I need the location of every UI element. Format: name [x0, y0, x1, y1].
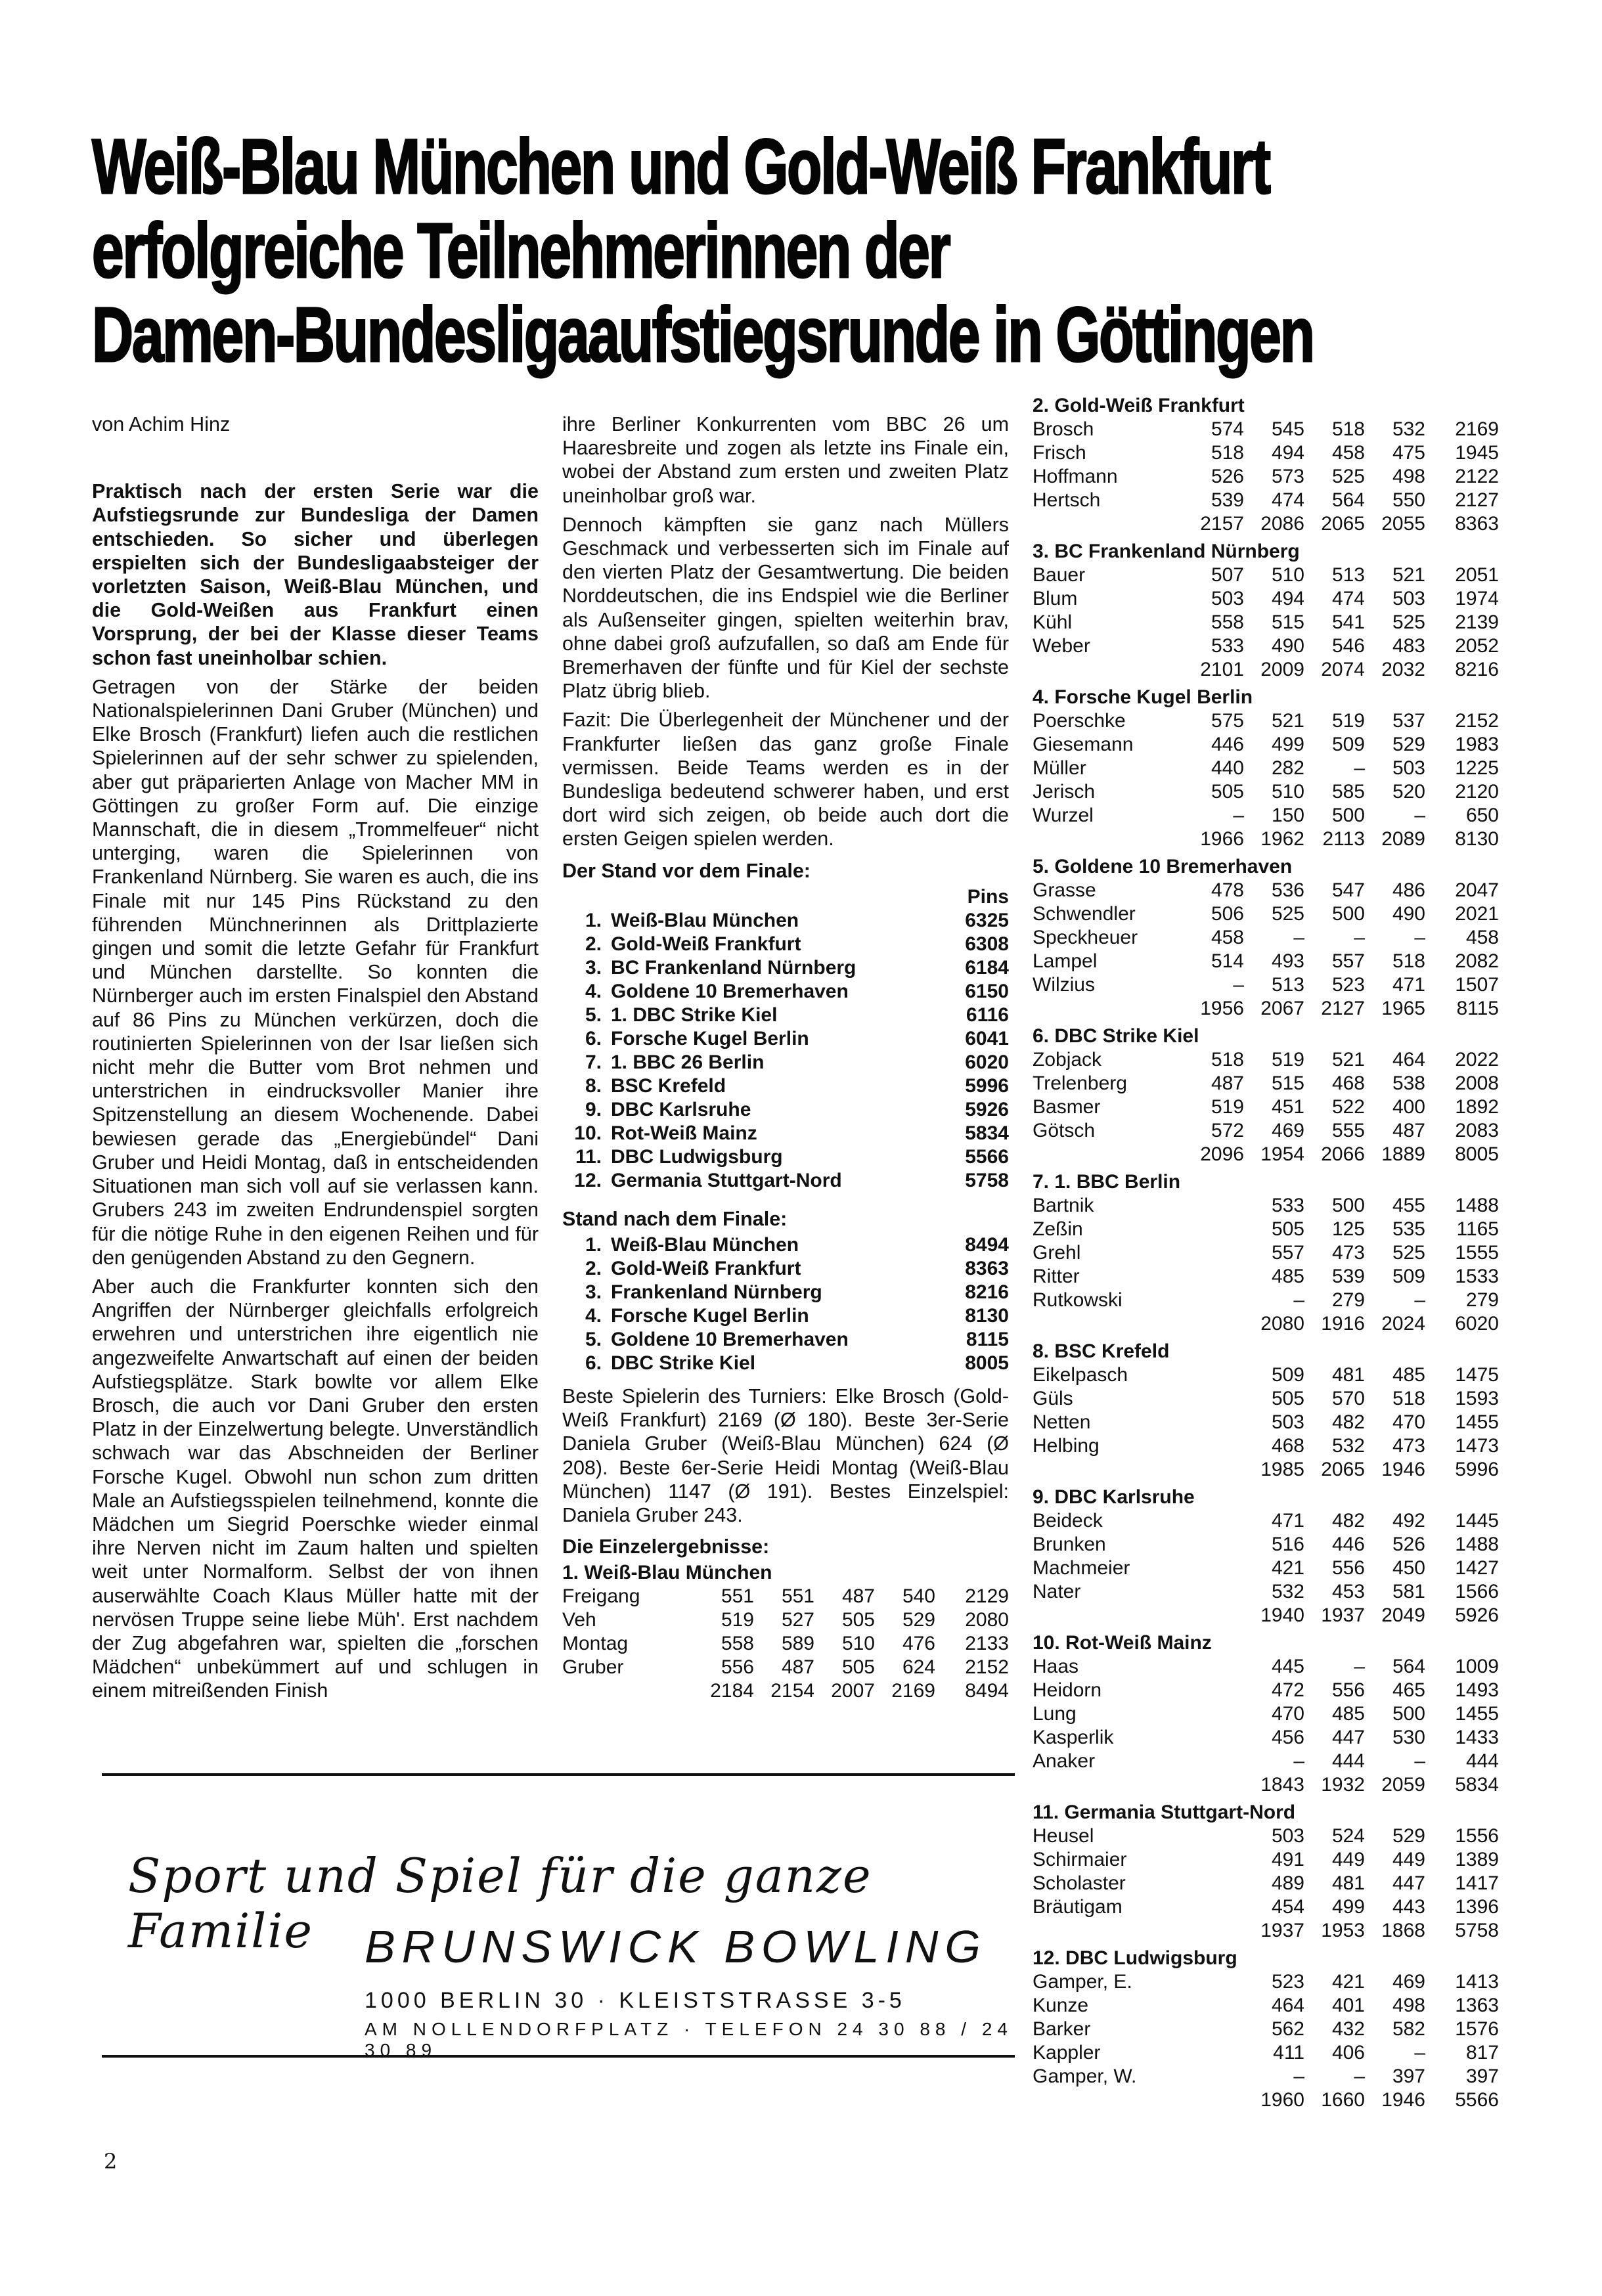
- game-score: 458: [1304, 441, 1365, 465]
- standings-rank: 8.: [562, 1074, 611, 1098]
- results-column-2: 1. Weiß-Blau MünchenFreigang551551487540…: [562, 1561, 1009, 1703]
- game-score: 539: [1304, 1265, 1365, 1289]
- player-row: Bartnik5335004551488: [1033, 1194, 1499, 1218]
- game-score: 530: [1365, 1726, 1425, 1750]
- player-row: Bauer5075105135212051: [1033, 563, 1499, 587]
- player-row: Lampel5144935575182082: [1033, 950, 1499, 973]
- series-total: 2059: [1365, 1773, 1425, 1797]
- standings-pins: 6116: [930, 1004, 1009, 1027]
- series-total: [1184, 1458, 1244, 1482]
- player-name: Kühl: [1033, 611, 1184, 634]
- player-name: Eikelpasch: [1033, 1363, 1184, 1387]
- game-score: 523: [1244, 1970, 1304, 1994]
- player-total: 2169: [1425, 418, 1499, 441]
- team-grand-total: 8115: [1425, 997, 1499, 1021]
- game-score: –: [1184, 804, 1244, 828]
- standings-rank: 6.: [562, 1027, 611, 1051]
- game-score: 478: [1184, 879, 1244, 902]
- standings-row: 2.Gold-Weiß Frankfurt6308: [562, 933, 1009, 956]
- game-score: 468: [1304, 1072, 1365, 1095]
- standings-rank: 9.: [562, 1098, 611, 1122]
- player-name: Grehl: [1033, 1241, 1184, 1265]
- game-score: 524: [1304, 1824, 1365, 1848]
- game-score: 518: [1365, 1387, 1425, 1411]
- team-grand-total: 5758: [1425, 1919, 1499, 1943]
- team-grand-total: 6020: [1425, 1312, 1499, 1336]
- game-score: 519: [1304, 709, 1365, 733]
- player-total: 1493: [1425, 1679, 1499, 1702]
- team-result-block: 10. Rot-Weiß MainzHaas445–5641009Heidorn…: [1033, 1631, 1499, 1797]
- team-title: 9. DBC Karlsruhe: [1033, 1486, 1499, 1509]
- player-name: Anaker: [1033, 1750, 1184, 1773]
- player-row: Brunken5164465261488: [1033, 1533, 1499, 1556]
- player-name: Heidorn: [1033, 1679, 1184, 1702]
- game-score: 494: [1244, 587, 1304, 611]
- player-row: Hertsch5394745645502127: [1033, 489, 1499, 512]
- article-column-1: von Achim Hinz Praktisch nach der ersten…: [92, 412, 539, 1708]
- game-score: 564: [1365, 1655, 1425, 1679]
- player-total: 2129: [935, 1585, 1009, 1608]
- game-score: –: [1365, 1750, 1425, 1773]
- game-score: 505: [814, 1608, 875, 1632]
- game-score: 518: [1304, 418, 1365, 441]
- brunswick-advertisement: Sport und Spiel für die ganze Familie BR…: [102, 1773, 1015, 2058]
- game-score: 440: [1184, 757, 1244, 780]
- player-name: Helbing: [1033, 1434, 1184, 1458]
- player-row: Götsch5724695554872083: [1033, 1119, 1499, 1143]
- game-score: 500: [1365, 1702, 1425, 1726]
- game-score: 570: [1304, 1387, 1365, 1411]
- game-score: 449: [1304, 1848, 1365, 1872]
- game-score: 486: [1365, 879, 1425, 902]
- team-totals-row: 21572086206520558363: [1033, 512, 1499, 536]
- team-grand-total: 5566: [1425, 2088, 1499, 2112]
- player-total: 1473: [1425, 1434, 1499, 1458]
- series-total: 1660: [1304, 2088, 1365, 2112]
- player-name: Lampel: [1033, 950, 1184, 973]
- series-total: 2065: [1304, 1458, 1365, 1482]
- pins-header: Pins: [930, 885, 1009, 909]
- standings-rank: 7.: [562, 1051, 611, 1074]
- team-totals-row: 2080191620246020: [1033, 1312, 1499, 1336]
- standings-row: 4.Forsche Kugel Berlin8130: [562, 1304, 1009, 1328]
- game-score: 453: [1304, 1580, 1365, 1604]
- game-score: 510: [814, 1632, 875, 1656]
- standings-team: Rot-Weiß Mainz: [611, 1122, 930, 1145]
- game-score: 532: [1244, 1580, 1304, 1604]
- player-row: Basmer5194515224001892: [1033, 1095, 1499, 1119]
- player-row: Heusel5035245291556: [1033, 1824, 1499, 1848]
- team-title: 6. DBC Strike Kiel: [1033, 1025, 1499, 1048]
- team-grand-total: 8130: [1425, 828, 1499, 851]
- game-score: 536: [1244, 879, 1304, 902]
- player-name: Montag: [562, 1632, 694, 1656]
- player-row: Weber5334905464832052: [1033, 634, 1499, 658]
- player-total: 1427: [1425, 1556, 1499, 1580]
- player-row: Anaker–444–444: [1033, 1750, 1499, 1773]
- team-totals-row: 1937195318685758: [1033, 1919, 1499, 1943]
- series-total: 1960: [1244, 2088, 1304, 2112]
- game-score: 483: [1365, 634, 1425, 658]
- player-row: Zeßin5051255351165: [1033, 1218, 1499, 1241]
- series-total: 2065: [1304, 512, 1365, 536]
- series-total: 2184: [694, 1679, 754, 1703]
- game-score: [1184, 1655, 1244, 1679]
- player-total: 1974: [1425, 587, 1499, 611]
- player-total: 1566: [1425, 1580, 1499, 1604]
- player-total: 1945: [1425, 441, 1499, 465]
- series-total: 2089: [1365, 828, 1425, 851]
- standings-pins: 8363: [930, 1257, 1009, 1281]
- game-score: [1184, 1994, 1244, 2018]
- player-name: Schwendler: [1033, 902, 1184, 926]
- game-score: 411: [1244, 2041, 1304, 2065]
- standings-rank: 4.: [562, 980, 611, 1004]
- standings-rank: 5.: [562, 1004, 611, 1027]
- player-row: Rutkowski–279–279: [1033, 1289, 1499, 1312]
- game-score: 449: [1365, 1848, 1425, 1872]
- game-score: 558: [1184, 611, 1244, 634]
- game-score: 519: [1184, 1095, 1244, 1119]
- standings-row: 3.Frankenland Nürnberg8216: [562, 1281, 1009, 1304]
- game-score: –: [1365, 2041, 1425, 2065]
- standings-rank: 10.: [562, 1122, 611, 1145]
- game-score: 505: [1244, 1387, 1304, 1411]
- article-column-2: ihre Berliner Konkurrenten vom BBC 26 um…: [562, 412, 1009, 1707]
- game-score: [1184, 1970, 1244, 1994]
- game-score: 582: [1365, 2018, 1425, 2041]
- game-score: –: [1244, 926, 1304, 950]
- standings-pins: 5834: [930, 1122, 1009, 1145]
- game-score: 472: [1244, 1679, 1304, 1702]
- series-total: 2032: [1365, 658, 1425, 682]
- game-score: [1184, 1750, 1244, 1773]
- player-total: 650: [1425, 804, 1499, 828]
- player-name: Müller: [1033, 757, 1184, 780]
- game-score: 526: [1184, 465, 1244, 489]
- title-line-1: Weiß-Blau München und Gold-Weiß Frankfur…: [92, 125, 1161, 209]
- standings-team: BSC Krefeld: [611, 1074, 930, 1098]
- player-total: 2008: [1425, 1072, 1499, 1095]
- team-result-block: 4. Forsche Kugel BerlinPoerschke57552151…: [1033, 686, 1499, 851]
- series-total: 2066: [1304, 1143, 1365, 1166]
- player-name: Schirmaier: [1033, 1848, 1184, 1872]
- standings-rank: 4.: [562, 1304, 611, 1328]
- team-title: 3. BC Frankenland Nürnberg: [1033, 540, 1499, 563]
- game-score: 455: [1365, 1194, 1425, 1218]
- standings-team: Forsche Kugel Berlin: [611, 1304, 930, 1328]
- player-total: 2080: [935, 1608, 1009, 1632]
- game-score: 499: [1244, 733, 1304, 757]
- game-score: 491: [1244, 1848, 1304, 1872]
- game-score: 518: [1184, 1048, 1244, 1072]
- game-score: 473: [1365, 1434, 1425, 1458]
- standings-pins: 6325: [930, 909, 1009, 933]
- game-score: 538: [1365, 1072, 1425, 1095]
- series-total: [1184, 1312, 1244, 1336]
- player-row: Wilzius–5135234711507: [1033, 973, 1499, 997]
- game-score: 499: [1304, 1895, 1365, 1919]
- series-total: 2049: [1365, 1604, 1425, 1627]
- player-name: Giesemann: [1033, 733, 1184, 757]
- standings-rank: 11.: [562, 1145, 611, 1169]
- player-row: Blum5034944745031974: [1033, 587, 1499, 611]
- player-name: Hertsch: [1033, 489, 1184, 512]
- player-name: Barker: [1033, 2018, 1184, 2041]
- game-score: 572: [1184, 1119, 1244, 1143]
- player-total: 279: [1425, 1289, 1499, 1312]
- player-total: 1983: [1425, 733, 1499, 757]
- ad-address-line-1: 1000 BERLIN 30 · KLEISTSTRASSE 3-5: [365, 1988, 906, 2014]
- game-score: 533: [1184, 634, 1244, 658]
- player-row: Hoffmann5265735254982122: [1033, 465, 1499, 489]
- best-players-paragraph: Beste Spielerin des Turniers: Elke Brosc…: [562, 1384, 1009, 1527]
- player-row: Speckheuer458–––458: [1033, 926, 1499, 950]
- game-score: 527: [754, 1608, 814, 1632]
- series-total: 2169: [875, 1679, 935, 1703]
- game-score: [1184, 1556, 1244, 1580]
- series-total: 2096: [1184, 1143, 1244, 1166]
- series-total: 2024: [1365, 1312, 1425, 1336]
- game-score: 485: [1304, 1702, 1365, 1726]
- player-row: Kühl5585155415252139: [1033, 611, 1499, 634]
- game-score: 482: [1304, 1509, 1365, 1533]
- game-score: [1184, 1702, 1244, 1726]
- body-paragraph: ihre Berliner Konkurrenten vom BBC 26 um…: [562, 412, 1009, 508]
- team-results-table: Zobjack5185195214642022Trelenberg4875154…: [1033, 1048, 1499, 1166]
- game-score: 456: [1244, 1726, 1304, 1750]
- game-score: 518: [1184, 441, 1244, 465]
- standings-row: 5.Goldene 10 Bremerhaven8115: [562, 1328, 1009, 1352]
- game-score: 509: [1244, 1363, 1304, 1387]
- standings-pins: 5566: [930, 1145, 1009, 1169]
- player-name: Ritter: [1033, 1265, 1184, 1289]
- game-score: 482: [1304, 1411, 1365, 1434]
- game-score: –: [1244, 1750, 1304, 1773]
- game-score: –: [1365, 926, 1425, 950]
- player-total: 397: [1425, 2065, 1499, 2088]
- game-score: 557: [1304, 950, 1365, 973]
- standings-rank: 2.: [562, 1257, 611, 1281]
- game-score: 589: [754, 1632, 814, 1656]
- player-row: Trelenberg4875154685382008: [1033, 1072, 1499, 1095]
- standings-pins: 8216: [930, 1281, 1009, 1304]
- game-score: 509: [1304, 733, 1365, 757]
- game-score: 503: [1244, 1411, 1304, 1434]
- player-name: Gruber: [562, 1656, 694, 1679]
- game-score: 470: [1365, 1411, 1425, 1434]
- series-total: 2113: [1304, 828, 1365, 851]
- player-row: Helbing4685324731473: [1033, 1434, 1499, 1458]
- player-total: 2082: [1425, 950, 1499, 973]
- player-total: 2021: [1425, 902, 1499, 926]
- standings-row: 8.BSC Krefeld5996: [562, 1074, 1009, 1098]
- team-totals-row: 21012009207420328216: [1033, 658, 1499, 682]
- series-total: 2074: [1304, 658, 1365, 682]
- player-row: Machmeier4215564501427: [1033, 1556, 1499, 1580]
- team-title: 7. 1. BBC Berlin: [1033, 1170, 1499, 1194]
- series-total: 2009: [1244, 658, 1304, 682]
- game-score: [1184, 1434, 1244, 1458]
- player-name: Wilzius: [1033, 973, 1184, 997]
- team-totals-row: 1843193220595834: [1033, 1773, 1499, 1797]
- standings-row: 5.1. DBC Strike Kiel6116: [562, 1004, 1009, 1027]
- game-score: 515: [1244, 611, 1304, 634]
- game-score: 473: [1304, 1241, 1365, 1265]
- series-total: [1184, 1773, 1244, 1797]
- game-score: 574: [1184, 418, 1244, 441]
- game-score: [1184, 1848, 1244, 1872]
- game-score: 487: [814, 1585, 875, 1608]
- player-total: 1892: [1425, 1095, 1499, 1119]
- player-name: Brunken: [1033, 1533, 1184, 1556]
- team-result-block: 11. Germania Stuttgart-NordHeusel5035245…: [1033, 1801, 1499, 1943]
- player-row: Lung4704855001455: [1033, 1702, 1499, 1726]
- game-score: 282: [1244, 757, 1304, 780]
- team-result-block: 8. BSC KrefeldEikelpasch5094814851475Gül…: [1033, 1340, 1499, 1482]
- game-score: 490: [1244, 634, 1304, 658]
- standings-team: 1. DBC Strike Kiel: [611, 1004, 930, 1027]
- game-score: 503: [1365, 757, 1425, 780]
- team-totals-row: 19562067212719658115: [1033, 997, 1499, 1021]
- standings-pins: 8115: [930, 1328, 1009, 1352]
- series-total: 2007: [814, 1679, 875, 1703]
- game-score: [1184, 1872, 1244, 1895]
- team-title: 1. Weiß-Blau München: [562, 1561, 1009, 1585]
- player-name: Scholaster: [1033, 1872, 1184, 1895]
- player-row: Giesemann4464995095291983: [1033, 733, 1499, 757]
- player-name: Bräutigam: [1033, 1895, 1184, 1919]
- standings-pins: 8130: [930, 1304, 1009, 1328]
- series-total: [1184, 1919, 1244, 1943]
- game-score: –: [1304, 757, 1365, 780]
- player-total: 1455: [1425, 1411, 1499, 1434]
- player-row: Gamper, E.5234214691413: [1033, 1970, 1499, 1994]
- team-totals-row: 1940193720495926: [1033, 1604, 1499, 1627]
- game-score: 564: [1304, 489, 1365, 512]
- game-score: –: [1244, 2065, 1304, 2088]
- team-grand-total: 8005: [1425, 1143, 1499, 1166]
- game-score: 401: [1304, 1994, 1365, 2018]
- game-score: 515: [1244, 1072, 1304, 1095]
- series-total: 2055: [1365, 512, 1425, 536]
- player-total: 1433: [1425, 1726, 1499, 1750]
- game-score: 529: [1365, 1824, 1425, 1848]
- player-row: Schwendler5065255004902021: [1033, 902, 1499, 926]
- standings-team: DBC Ludwigsburg: [611, 1145, 930, 1169]
- game-score: 525: [1365, 1241, 1425, 1265]
- player-total: 1507: [1425, 973, 1499, 997]
- team-grand-total: 8494: [935, 1679, 1009, 1703]
- team-title: 2. Gold-Weiß Frankfurt: [1033, 394, 1499, 418]
- player-row: Heidorn4725564651493: [1033, 1679, 1499, 1702]
- game-score: 492: [1365, 1509, 1425, 1533]
- game-score: [1184, 1363, 1244, 1387]
- player-name: Nater: [1033, 1580, 1184, 1604]
- game-score: [1184, 1726, 1244, 1750]
- team-results-table: Gamper, E.5234214691413Kunze464401498136…: [1033, 1970, 1499, 2112]
- game-score: 526: [1365, 1533, 1425, 1556]
- game-score: 450: [1365, 1556, 1425, 1580]
- game-score: 471: [1244, 1509, 1304, 1533]
- player-row: Netten5034824701455: [1033, 1411, 1499, 1434]
- standings-team: Gold-Weiß Frankfurt: [611, 1257, 930, 1281]
- standings-row: 10.Rot-Weiß Mainz5834: [562, 1122, 1009, 1145]
- standings-row: 6.DBC Strike Kiel8005: [562, 1352, 1009, 1375]
- player-name: Jerisch: [1033, 780, 1184, 804]
- game-score: –: [1244, 1289, 1304, 1312]
- game-score: 400: [1365, 1095, 1425, 1119]
- game-score: 125: [1304, 1218, 1365, 1241]
- game-score: 469: [1244, 1119, 1304, 1143]
- player-name: Veh: [562, 1608, 694, 1632]
- player-total: 817: [1425, 2041, 1499, 2065]
- game-score: 451: [1244, 1095, 1304, 1119]
- standings-after-heading: Stand nach dem Finale:: [562, 1207, 1009, 1231]
- game-score: 521: [1244, 709, 1304, 733]
- game-score: 519: [694, 1608, 754, 1632]
- player-name: Bauer: [1033, 563, 1184, 587]
- game-score: –: [1304, 2065, 1365, 2088]
- game-score: 520: [1365, 780, 1425, 804]
- team-totals-row: 21842154200721698494: [562, 1679, 1009, 1703]
- team-results-table: Bauer5075105135212051Blum503494474503197…: [1033, 563, 1499, 682]
- standings-pins: 5926: [930, 1098, 1009, 1122]
- player-name: Beideck: [1033, 1509, 1184, 1533]
- game-score: 465: [1365, 1679, 1425, 1702]
- game-score: [1184, 1265, 1244, 1289]
- game-score: 537: [1365, 709, 1425, 733]
- game-score: 555: [1304, 1119, 1365, 1143]
- standings-pins: 8005: [930, 1352, 1009, 1375]
- player-total: 2122: [1425, 465, 1499, 489]
- player-row: Eikelpasch5094814851475: [1033, 1363, 1499, 1387]
- game-score: 503: [1365, 587, 1425, 611]
- player-total: 1389: [1425, 1848, 1499, 1872]
- series-total: 1868: [1365, 1919, 1425, 1943]
- series-total: 1937: [1304, 1604, 1365, 1627]
- game-score: 519: [1244, 1048, 1304, 1072]
- player-total: 2120: [1425, 780, 1499, 804]
- team-title: 5. Goldene 10 Bremerhaven: [1033, 855, 1499, 879]
- team-results-table: Poerschke5755215195372152Giesemann446499…: [1033, 709, 1499, 851]
- results-heading: Die Einzelergebnisse:: [562, 1535, 1009, 1558]
- player-name: Machmeier: [1033, 1556, 1184, 1580]
- series-total: 1966: [1184, 828, 1244, 851]
- team-results-table: Beideck4714824921445Brunken5164465261488…: [1033, 1509, 1499, 1627]
- standings-after-table: 1.Weiß-Blau München84942.Gold-Weiß Frank…: [562, 1233, 1009, 1375]
- team-results-table: Heusel5035245291556Schirmaier49144944913…: [1033, 1824, 1499, 1943]
- player-name: Bartnik: [1033, 1194, 1184, 1218]
- player-name: Blum: [1033, 587, 1184, 611]
- game-score: 557: [1244, 1241, 1304, 1265]
- game-score: 521: [1365, 563, 1425, 587]
- player-name: Netten: [1033, 1411, 1184, 1434]
- standings-team: Goldene 10 Bremerhaven: [611, 1328, 930, 1352]
- player-total: 2152: [935, 1656, 1009, 1679]
- game-score: 498: [1365, 465, 1425, 489]
- game-score: 532: [1365, 418, 1425, 441]
- player-total: 1455: [1425, 1702, 1499, 1726]
- game-score: 468: [1244, 1434, 1304, 1458]
- player-total: 2047: [1425, 879, 1499, 902]
- game-score: –: [1304, 1655, 1365, 1679]
- team-grand-total: 5834: [1425, 1773, 1499, 1797]
- game-score: 397: [1365, 2065, 1425, 2088]
- player-name: Hoffmann: [1033, 465, 1184, 489]
- series-total: 1937: [1244, 1919, 1304, 1943]
- game-score: 447: [1304, 1726, 1365, 1750]
